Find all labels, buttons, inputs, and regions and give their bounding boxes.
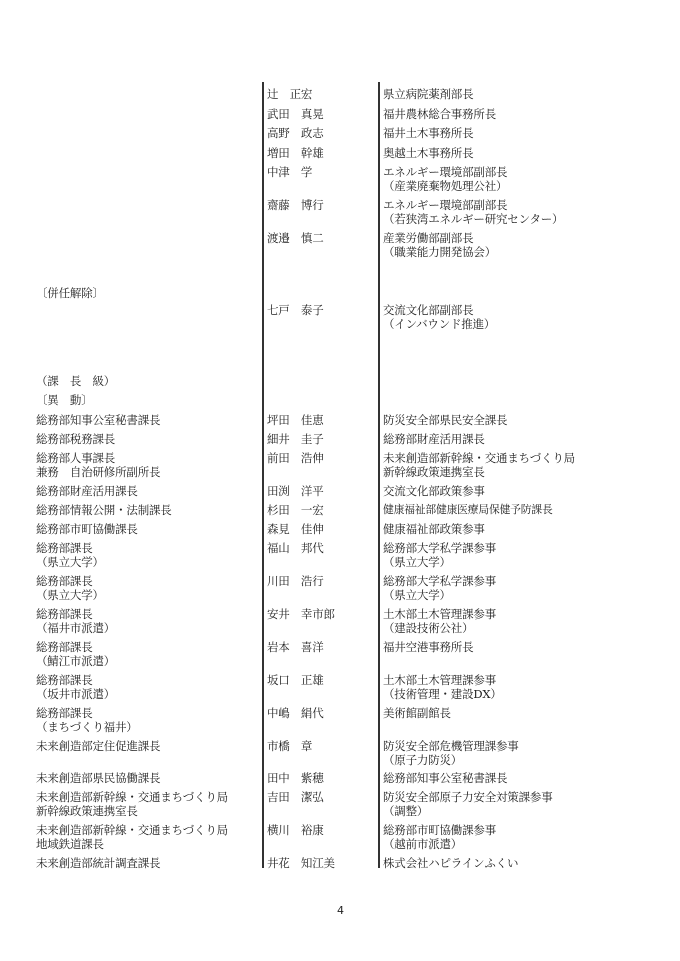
new-post: 交流文化部政策参事 (383, 484, 485, 498)
old-post: 未来創造部新幹線・交通まちづくり局 (36, 823, 228, 837)
person-name: 横川 裕康 (267, 823, 324, 837)
section-label-heiken-kaijo: 〔併任解除〕 (36, 286, 104, 300)
old-post-detail: （福井市派遣） (36, 621, 115, 635)
new-post-detail: （建設技術公社） (383, 621, 473, 635)
person-name: 高野 政志 (267, 126, 324, 140)
new-post-detail: （インバウンド推進） (383, 317, 495, 331)
new-post: 県立病院薬剤部長 (383, 87, 473, 101)
old-post: 総務部情報公開・法制課長 (36, 503, 172, 517)
old-post: 総務部税務課長 (36, 432, 115, 446)
old-post: 総務部課長 (36, 541, 93, 555)
person-name: 武田 真晃 (267, 107, 324, 121)
person-name: 川田 浩行 (267, 574, 324, 588)
new-post: 健康福祉部政策参事 (383, 522, 485, 536)
new-post: 産業労働部副部長 (383, 231, 473, 245)
old-post-detail: （坂井市派遣） (36, 687, 115, 701)
new-post-detail: （調整） (383, 804, 428, 818)
old-post: 総務部財産活用課長 (36, 484, 138, 498)
person-name: 中嶋 絹代 (267, 706, 324, 720)
old-post-detail: （県立大学） (36, 588, 104, 602)
new-post: 土木部土木管理課参事 (383, 607, 496, 621)
new-post: 総務部市町協働課参事 (383, 823, 496, 837)
new-post: 株式会社ハピラインふくい (383, 856, 518, 870)
person-name: 増田 幹雄 (267, 146, 324, 160)
new-post: エネルギー環境部副部長 (383, 198, 507, 212)
old-post: 総務部市町協働課長 (36, 522, 138, 536)
new-post-detail: （若狭湾エネルギー研究センター） (383, 212, 563, 226)
old-post-detail: 地域鉄道課長 (36, 837, 104, 851)
new-post-detail: （県立大学） (383, 588, 451, 602)
old-post: 総務部課長 (36, 706, 93, 720)
person-name: 田渕 洋平 (267, 484, 324, 498)
new-post: 土木部土木管理課参事 (383, 673, 496, 687)
person-name: 田中 紫穂 (267, 771, 324, 785)
new-post: 未来創造部新幹線・交通まちづくり局 (383, 451, 575, 465)
person-name: 吉田 潔弘 (267, 790, 324, 804)
old-post-detail: 新幹線政策連携室長 (36, 804, 138, 818)
new-post: 交流文化部副部長 (383, 303, 473, 317)
new-post-detail: （産業廃棄物処理公社） (383, 179, 507, 193)
person-name: 岩本 喜洋 (267, 640, 324, 654)
new-post: エネルギー環境部副部長 (383, 165, 507, 179)
new-post-detail: （越前市派遣） (383, 837, 462, 851)
person-name: 中津 学 (267, 165, 312, 179)
column-divider-left (262, 82, 264, 868)
old-post-detail: （鯖江市派遣） (36, 654, 115, 668)
person-name: 細井 圭子 (267, 432, 324, 446)
new-post: 総務部大学私学課参事 (383, 541, 496, 555)
old-post: 総務部課長 (36, 607, 93, 621)
old-post-detail: （まちづくり福井） (36, 720, 138, 734)
document-page: 辻 正宏 県立病院薬剤部長 武田 真晃 福井農林総合事務所長 高野 政志 福井土… (0, 0, 680, 961)
person-name: 齋藤 博行 (267, 198, 324, 212)
new-post: 健康福祉部健康医療局保健予防課長 (383, 503, 553, 517)
new-post-detail: （技術管理・建設DX） (383, 687, 502, 701)
new-post: 防災安全部危機管理課参事 (383, 739, 519, 753)
person-name: 安井 幸市郎 (267, 607, 335, 621)
old-post: 総務部人事課長 (36, 451, 115, 465)
new-post: 総務部財産活用課長 (383, 432, 485, 446)
new-post: 総務部知事公室秘書課長 (383, 771, 507, 785)
old-post: 総務部知事公室秘書課長 (36, 413, 160, 427)
new-post: 防災安全部県民安全課長 (383, 413, 507, 427)
old-post-detail: （県立大学） (36, 555, 104, 569)
person-name: 七戸 泰子 (267, 303, 324, 317)
person-name: 坪田 佳恵 (267, 413, 324, 427)
old-post: 総務部課長 (36, 640, 93, 654)
person-name: 坂口 正雄 (267, 673, 324, 687)
person-name: 市橋 章 (267, 739, 312, 753)
person-name: 井花 知江美 (267, 856, 335, 870)
new-post-detail: （原子力防災） (383, 753, 462, 767)
person-name: 渡邉 慎二 (267, 231, 324, 245)
new-post: 防災安全部原子力安全対策課参事 (383, 790, 553, 804)
person-name: 前田 浩伸 (267, 451, 324, 465)
old-post: 総務部課長 (36, 574, 93, 588)
column-divider-right (378, 82, 380, 868)
section-title-kacho-kyu: （課 長 級） (36, 374, 115, 388)
person-name: 福山 邦代 (267, 541, 324, 555)
new-post: 美術館副館長 (383, 706, 451, 720)
new-post-detail: 新幹線政策連携室長 (383, 465, 485, 479)
person-name: 辻 正宏 (267, 87, 312, 101)
section-label-ido: 〔異 動〕 (36, 393, 93, 407)
person-name: 杉田 一宏 (267, 503, 324, 517)
person-name: 森見 佳伸 (267, 522, 324, 536)
new-post: 奥越土木事務所長 (383, 146, 473, 160)
new-post: 福井土木事務所長 (383, 126, 473, 140)
old-post: 未来創造部新幹線・交通まちづくり局 (36, 790, 228, 804)
new-post: 福井農林総合事務所長 (383, 107, 496, 121)
new-post-detail: （県立大学） (383, 555, 451, 569)
new-post-detail: （職業能力開発協会） (383, 245, 496, 259)
old-post: 未来創造部統計調査課長 (36, 856, 160, 870)
old-post: 未来創造部県民協働課長 (36, 771, 160, 785)
old-post: 総務部課長 (36, 673, 93, 687)
old-post: 未来創造部定住促進課長 (36, 739, 160, 753)
new-post: 総務部大学私学課参事 (383, 574, 496, 588)
new-post: 福井空港事務所長 (383, 640, 473, 654)
page-number: 4 (337, 904, 344, 917)
old-post-detail: 兼務 自治研修所副所長 (36, 465, 160, 479)
